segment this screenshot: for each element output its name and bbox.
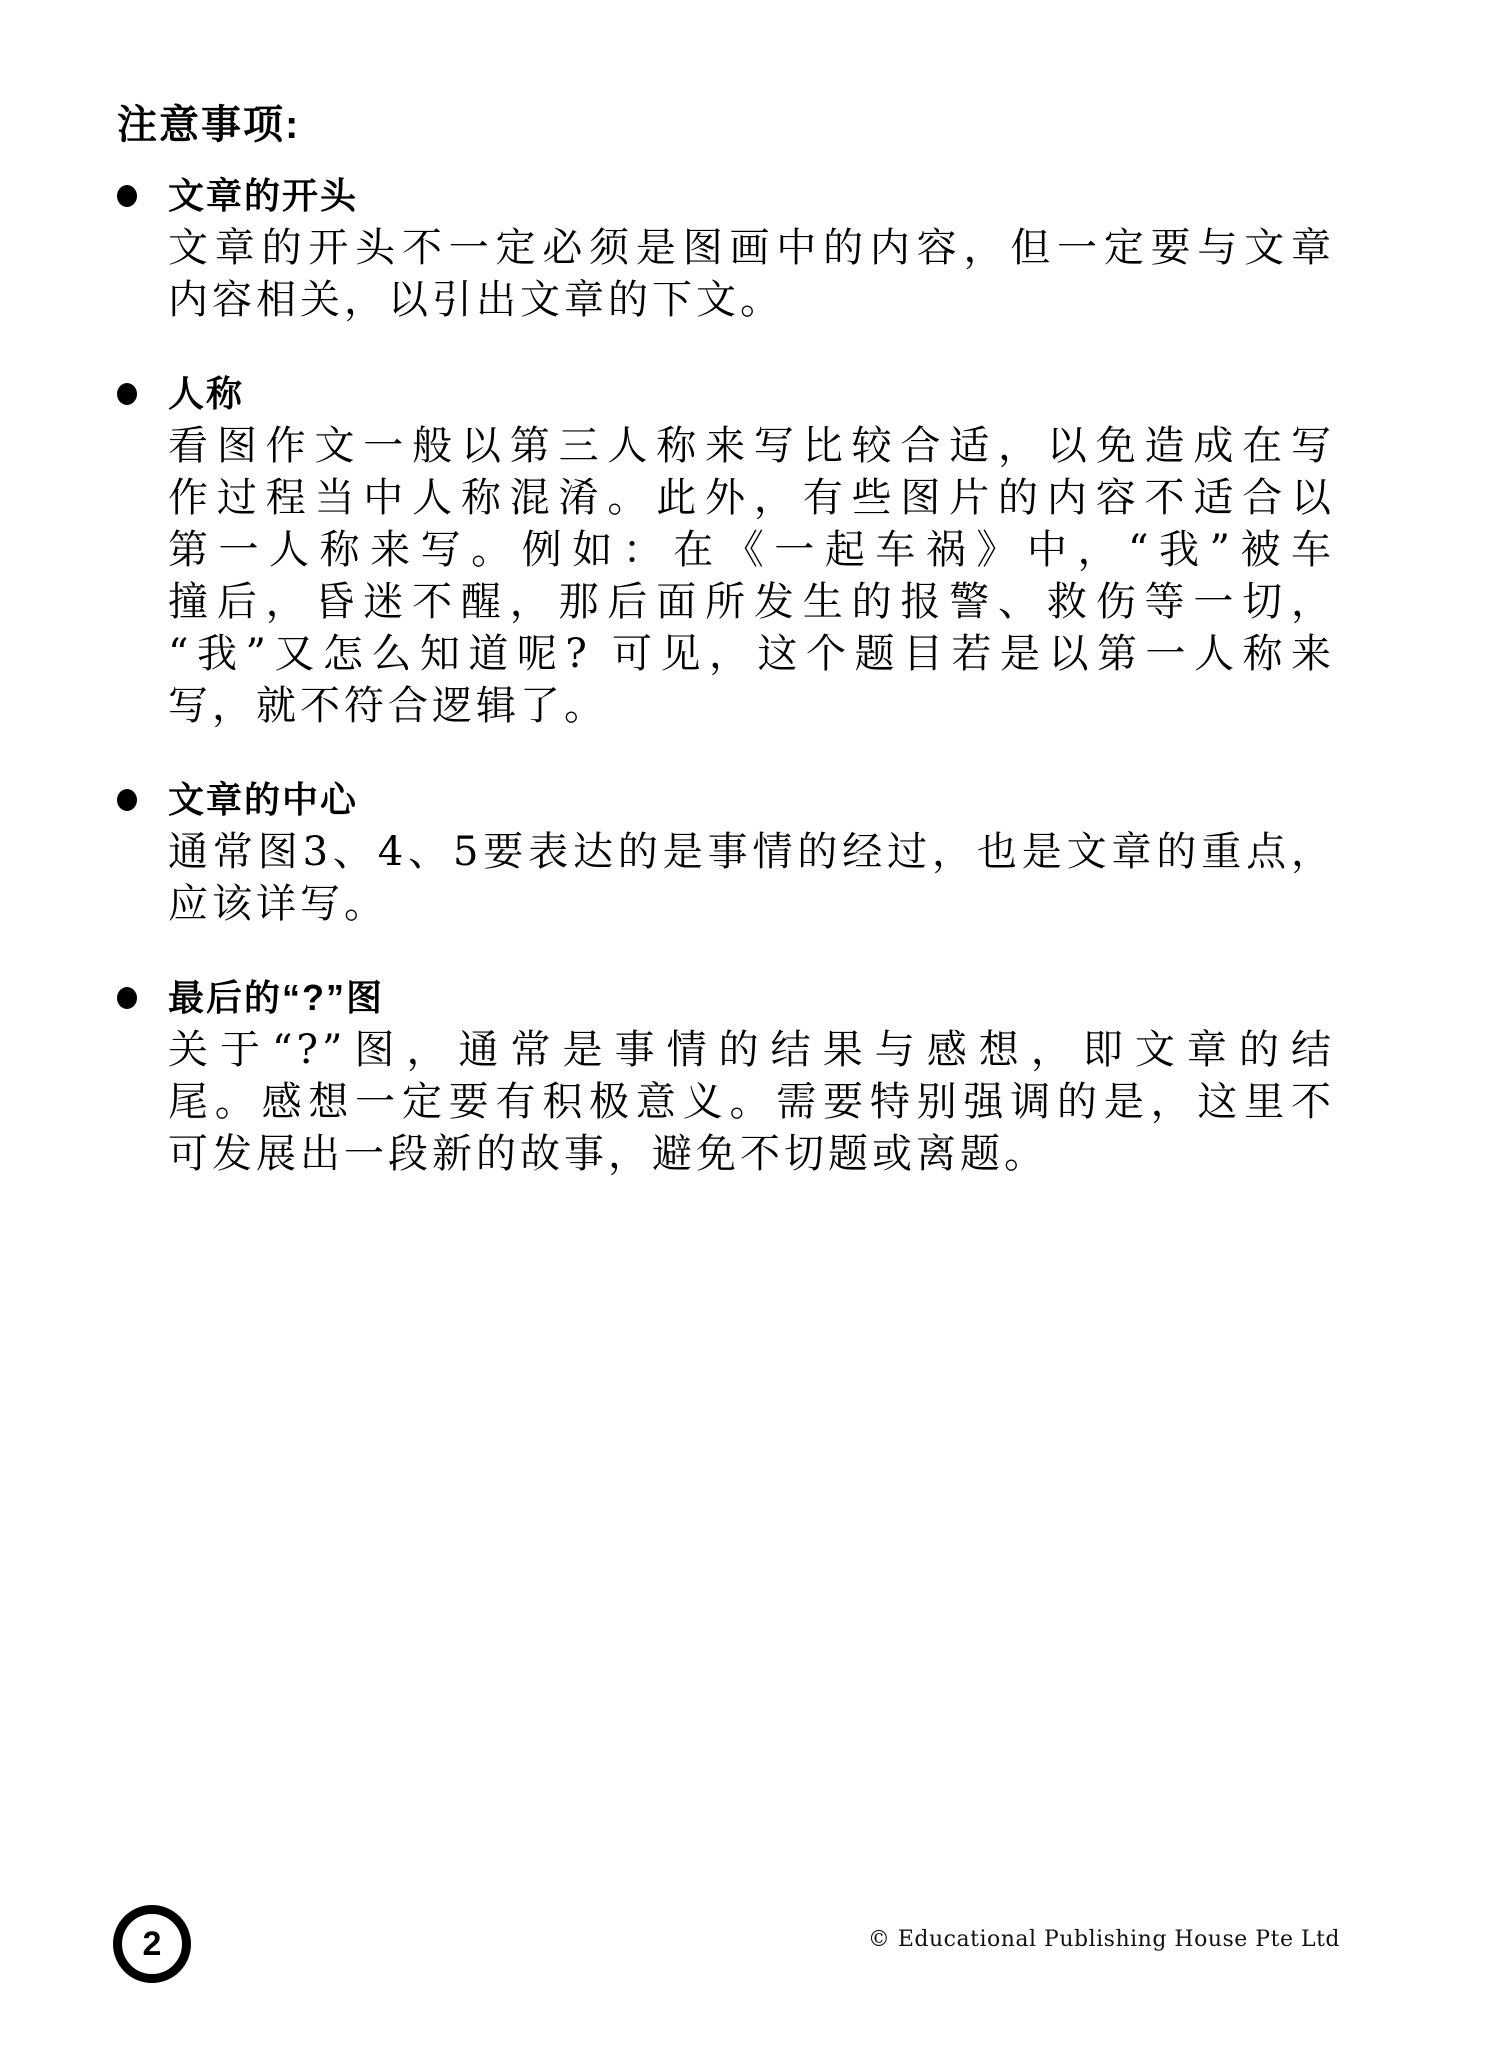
- section-body: 看图作文一般以第三人称来写比较合适，以免造成在写 作过程当中人称混淆。此外，有些…: [168, 420, 1335, 732]
- section-heading-row: 人称: [117, 368, 1335, 420]
- section-heading-row: 最后的“?”图: [117, 972, 1335, 1024]
- bullet-icon: [117, 383, 137, 405]
- section-final-question-picture: 最后的“?”图 关于“?”图，通常是事情的结果与感想，即文章的结 尾。感想一定要…: [117, 972, 1335, 1180]
- bullet-icon: [117, 185, 137, 207]
- section-heading-row: 文章的开头: [117, 170, 1335, 222]
- body-line: 写，就不符合逻辑了。: [168, 680, 1335, 732]
- body-line: “我”又怎么知道呢? 可见，这个题目若是以第一人称来: [168, 628, 1335, 680]
- section-article-center: 文章的中心 通常图3、4、5要表达的是事情的经过，也是文章的重点， 应该详写。: [117, 774, 1335, 930]
- bullet-icon: [117, 987, 137, 1009]
- section-body: 文章的开头不一定必须是图画中的内容，但一定要与文章 内容相关，以引出文章的下文。: [168, 222, 1335, 326]
- bullet-icon: [117, 789, 137, 811]
- body-line: 看图作文一般以第三人称来写比较合适，以免造成在写: [168, 420, 1335, 472]
- body-line: 关于“?”图，通常是事情的结果与感想，即文章的结: [168, 1024, 1335, 1076]
- section-heading: 最后的“?”图: [168, 972, 384, 1024]
- body-line: 通常图3、4、5要表达的是事情的经过，也是文章的重点，: [168, 826, 1335, 878]
- page-title: 注意事项:: [117, 104, 1335, 146]
- page-number: 2: [143, 1925, 162, 1964]
- section-heading: 文章的开头: [168, 170, 358, 222]
- body-line: 文章的开头不一定必须是图画中的内容，但一定要与文章: [168, 222, 1335, 274]
- body-line: 尾。感想一定要有积极意义。需要特别强调的是，这里不: [168, 1076, 1335, 1128]
- section-article-opening: 文章的开头 文章的开头不一定必须是图画中的内容，但一定要与文章 内容相关，以引出…: [117, 170, 1335, 326]
- section-body: 关于“?”图，通常是事情的结果与感想，即文章的结 尾。感想一定要有积极意义。需要…: [168, 1024, 1335, 1180]
- body-line: 应该详写。: [168, 878, 1335, 930]
- section-person-perspective: 人称 看图作文一般以第三人称来写比较合适，以免造成在写 作过程当中人称混淆。此外…: [117, 368, 1335, 732]
- body-line: 作过程当中人称混淆。此外，有些图片的内容不适合以: [168, 472, 1335, 524]
- body-line: 第一人称来写。例如：在《一起车祸》中，“我”被车: [168, 524, 1335, 576]
- section-heading-row: 文章的中心: [117, 774, 1335, 826]
- copyright-text: © Educational Publishing House Pte Ltd: [868, 1927, 1340, 1952]
- section-body: 通常图3、4、5要表达的是事情的经过，也是文章的重点， 应该详写。: [168, 826, 1335, 930]
- body-line: 撞后，昏迷不醒，那后面所发生的报警、救伤等一切，: [168, 576, 1335, 628]
- page-content: 注意事项: 文章的开头 文章的开头不一定必须是图画中的内容，但一定要与文章 内容…: [117, 104, 1335, 1222]
- body-line: 可发展出一段新的故事，避免不切题或离题。: [168, 1128, 1335, 1180]
- body-line: 内容相关，以引出文章的下文。: [168, 274, 1335, 326]
- page-number-badge: 2: [113, 1905, 191, 1983]
- section-heading: 人称: [168, 368, 244, 420]
- section-heading: 文章的中心: [168, 774, 358, 826]
